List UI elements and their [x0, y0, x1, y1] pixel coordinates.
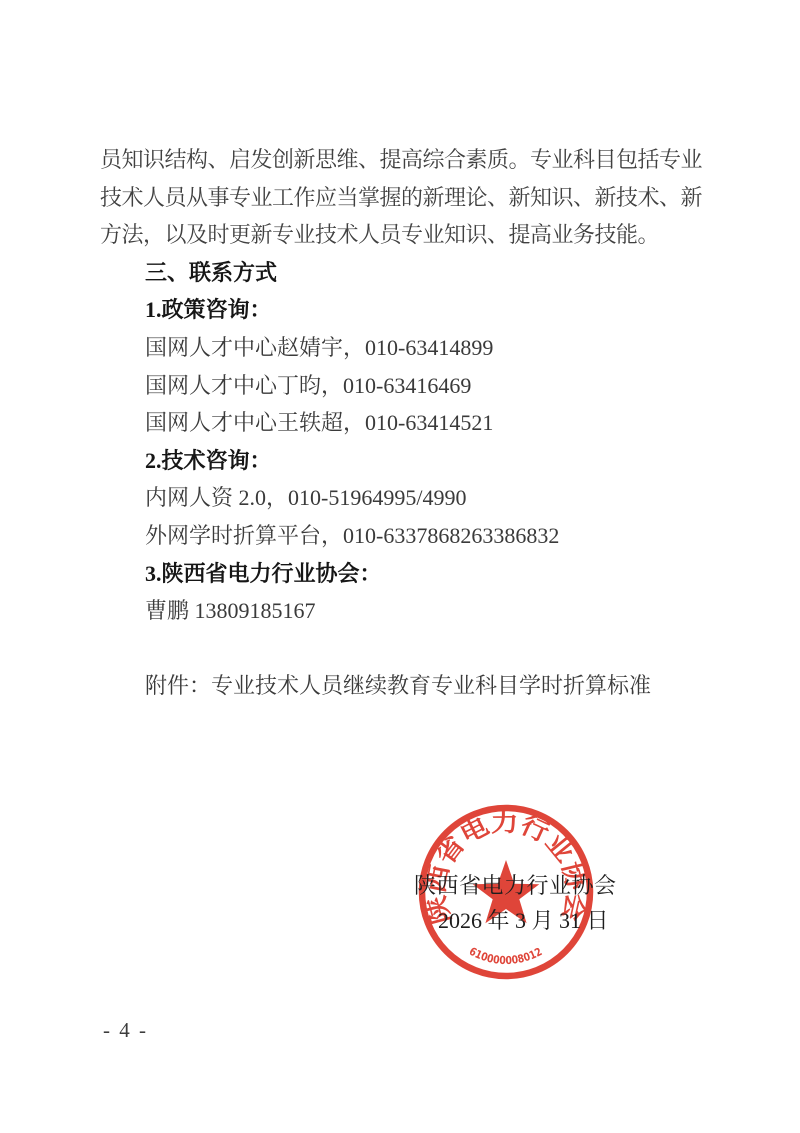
text-line-12: 曹鹏 13809185167	[100, 592, 712, 630]
text-line-6: 国网人才中心丁昀，010-63416469	[100, 367, 712, 405]
text-line-5: 国网人才中心赵婧宇，010-63414899	[100, 329, 712, 367]
signature-date: 2026 年 3 月 31 日	[438, 904, 609, 935]
text-line-4: 1.政策咨询：	[100, 291, 712, 329]
text-line-11: 3.陕西省电力行业协会：	[100, 555, 712, 593]
document-text-block: 员知识结构、启发创新思维、提高综合素质。专业科目包括专业技术人员从事专业工作应当…	[100, 141, 712, 705]
text-line-2: 方法，以及时更新专业技术人员专业知识、提高业务技能。	[100, 216, 712, 254]
text-line-3: 三、联系方式	[100, 254, 712, 292]
text-line-10: 外网学时折算平台，010-6337868263386832	[100, 517, 712, 555]
text-line-13	[100, 630, 712, 668]
signature-organization: 陕西省电力行业协会	[414, 869, 617, 900]
document-page: 员知识结构、启发创新思维、提高综合素质。专业科目包括专业技术人员从事专业工作应当…	[0, 0, 800, 1133]
seal-code: 610000008012	[467, 945, 544, 967]
page-number: - 4 -	[103, 1018, 148, 1043]
text-line-0: 员知识结构、启发创新思维、提高综合素质。专业科目包括专业	[100, 141, 712, 179]
svg-text:610000008012: 610000008012	[467, 945, 544, 967]
text-line-8: 2.技术咨询：	[100, 442, 712, 480]
text-line-9: 内网人资 2.0，010-51964995/4990	[100, 479, 712, 517]
text-line-7: 国网人才中心王轶超，010-63414521	[100, 404, 712, 442]
text-line-1: 技术人员从事专业工作应当掌握的新理论、新知识、新技术、新	[100, 179, 712, 217]
text-line-14: 附件：专业技术人员继续教育专业科目学时折算标准	[100, 667, 712, 705]
